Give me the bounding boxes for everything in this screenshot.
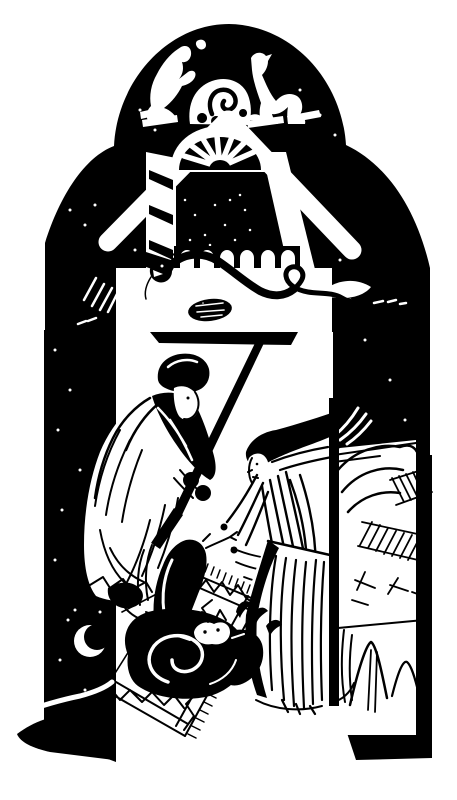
ledge-snake-head — [150, 260, 172, 282]
illustration — [0, 0, 457, 800]
rug-fringe-near — [188, 694, 216, 738]
hand-lower — [195, 485, 211, 501]
coil-face-patch — [194, 622, 230, 644]
cobra-horn — [203, 534, 210, 541]
bedpost — [329, 398, 339, 706]
slipper-shadow — [17, 714, 114, 760]
under-ledge-strip — [150, 332, 298, 345]
illustration-canvas — [0, 0, 457, 800]
crescent-inner — [84, 624, 110, 650]
hand-upper — [183, 472, 199, 488]
ledge-top — [116, 268, 332, 332]
woman-hand-a — [221, 524, 228, 531]
